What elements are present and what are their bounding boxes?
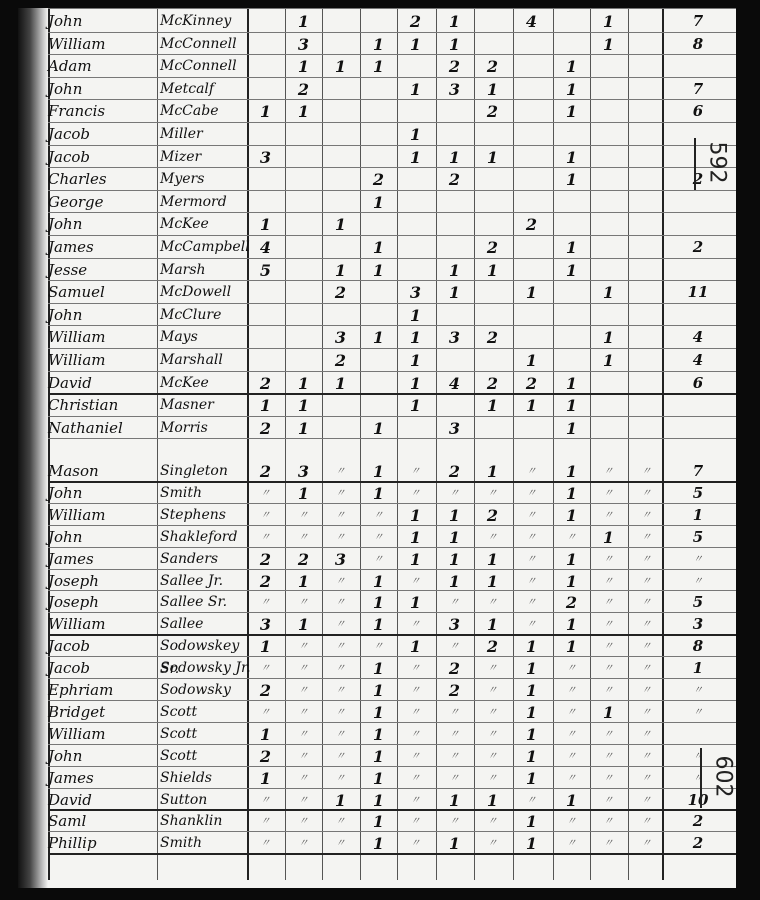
tally-cell: 1 [513, 745, 550, 768]
tally-cell: 〃 [553, 810, 590, 833]
tally-cell: 3 [322, 548, 359, 571]
tally-cell: 1 [553, 146, 590, 169]
tally-cell: 1 [590, 33, 627, 56]
tally-cell: 〃 [474, 679, 511, 702]
census-row: NathanielMorris21131 [18, 417, 736, 440]
tally-cell [397, 236, 434, 259]
page-stamp-bottom-box [700, 748, 702, 808]
surname: Sanders [160, 548, 252, 571]
surname: Scott [160, 701, 252, 724]
tally-cell: 2 [285, 548, 322, 571]
tally-cell: 1 [360, 679, 397, 702]
tally-cell [247, 168, 284, 191]
total-cell: 6 [662, 100, 734, 123]
tally-cell: 1 [436, 281, 473, 304]
tally-cell [247, 191, 284, 214]
surname: Metcalf [160, 78, 252, 101]
tally-cell: 3 [285, 460, 322, 483]
tally-cell: 〃 [322, 482, 359, 505]
surname: Myers [160, 168, 252, 191]
page-stamp-top-box [694, 138, 696, 190]
tally-cell: 1 [247, 394, 284, 417]
census-row: JohnScott2〃〃1〃〃〃1〃〃〃〃 [18, 745, 736, 768]
given-name: Christian [48, 394, 158, 417]
tally-cell [247, 304, 284, 327]
total-cell [662, 213, 734, 236]
tally-cell: 〃 [285, 810, 322, 833]
tally-cell: 1 [436, 504, 473, 527]
tally-cell: 1 [436, 10, 473, 33]
census-sheet: JohnMcKinney121417WilliamMcConnell311118… [18, 8, 736, 888]
tally-cell [590, 213, 627, 236]
tally-cell: 3 [436, 326, 473, 349]
tally-cell: 1 [474, 613, 511, 636]
total-cell: 4 [662, 349, 734, 372]
tally-cell: 〃 [322, 701, 359, 724]
tally-cell: 〃 [285, 657, 322, 680]
total-cell: 〃 [662, 570, 734, 593]
tally-cell: 1 [397, 526, 434, 549]
census-row: WilliamStephens〃〃〃〃112〃1〃〃1 [18, 504, 736, 527]
tally-cell [590, 236, 627, 259]
tally-cell [247, 326, 284, 349]
tally-cell: 1 [397, 304, 434, 327]
tally-cell: 〃 [285, 789, 322, 812]
tally-cell [397, 191, 434, 214]
tally-cell [285, 191, 322, 214]
given-name: Francis [48, 100, 158, 123]
census-row: JosephSallee Jr.21〃1〃11〃1〃〃〃 [18, 570, 736, 593]
tally-cell: 2 [474, 236, 511, 259]
tally-cell: 1 [436, 570, 473, 593]
given-name: Jacob [48, 146, 158, 169]
tally-cell: 1 [513, 635, 550, 658]
tally-cell: 〃 [590, 504, 627, 527]
tally-cell: 3 [436, 417, 473, 440]
total-cell: 8 [662, 635, 734, 658]
total-cell: 5 [662, 482, 734, 505]
tally-cell: 〃 [397, 810, 434, 833]
tally-cell: 1 [247, 635, 284, 658]
tally-cell [590, 123, 627, 146]
tally-cell: 1 [553, 504, 590, 527]
tally-cell: 〃 [436, 723, 473, 746]
total-cell: 4 [662, 326, 734, 349]
tally-cell: 〃 [322, 767, 359, 790]
tally-cell [513, 304, 550, 327]
tally-cell: 〃 [590, 832, 627, 855]
surname: Mizer [160, 146, 252, 169]
tally-cell [285, 213, 322, 236]
tally-cell: 〃 [474, 723, 511, 746]
tally-cell [436, 213, 473, 236]
tally-cell: 1 [397, 372, 434, 395]
given-name: John [48, 78, 158, 101]
tally-cell: 〃 [397, 832, 434, 855]
tally-cell: 2 [285, 78, 322, 101]
tally-cell [553, 304, 590, 327]
tally-cell: 1 [553, 460, 590, 483]
tally-cell: 〃 [474, 526, 511, 549]
tally-cell: 1 [474, 789, 511, 812]
census-row: SamuelMcDowell2311111 [18, 281, 736, 304]
tally-cell: 2 [360, 168, 397, 191]
tally-cell: 〃 [553, 832, 590, 855]
tally-cell: 〃 [436, 591, 473, 614]
tally-cell: 1 [513, 679, 550, 702]
tally-cell: 〃 [628, 504, 665, 527]
total-cell: 8 [662, 33, 734, 56]
tally-cell [360, 10, 397, 33]
surname: Marsh [160, 259, 252, 282]
tally-cell [397, 417, 434, 440]
census-row: WilliamMarshall21114 [18, 349, 736, 372]
total-cell [662, 723, 734, 746]
surname: McCampbell [160, 236, 252, 259]
tally-cell: 〃 [322, 570, 359, 593]
census-row: DavidMcKee211142216 [18, 372, 736, 395]
tally-cell [322, 146, 359, 169]
tally-cell [436, 394, 473, 417]
given-name: Phillip [48, 832, 158, 855]
tally-cell [590, 394, 627, 417]
tally-cell: 〃 [628, 657, 665, 680]
tally-cell: 3 [436, 613, 473, 636]
census-row: JohnSmith〃1〃1〃〃〃〃1〃〃5 [18, 482, 736, 505]
given-name: John [48, 10, 158, 33]
tally-cell [628, 326, 665, 349]
tally-cell: 1 [474, 548, 511, 571]
tally-cell [322, 191, 359, 214]
tally-cell: 1 [397, 504, 434, 527]
tally-cell [322, 394, 359, 417]
census-row: JamesSanders223〃111〃1〃〃〃 [18, 548, 736, 571]
tally-cell: 2 [436, 657, 473, 680]
given-name: John [48, 213, 158, 236]
tally-cell: 2 [397, 10, 434, 33]
census-row: JohnMcKinney121417 [18, 10, 736, 33]
tally-cell: 〃 [285, 723, 322, 746]
given-name: Charles [48, 168, 158, 191]
tally-cell: 〃 [474, 745, 511, 768]
tally-cell: 1 [553, 55, 590, 78]
tally-cell [360, 100, 397, 123]
tally-cell: 〃 [397, 482, 434, 505]
tally-cell: 〃 [285, 832, 322, 855]
tally-cell: 〃 [436, 482, 473, 505]
tally-cell [590, 168, 627, 191]
surname: Sodowsky Jr. [160, 657, 252, 680]
tally-cell: 2 [474, 326, 511, 349]
total-cell [662, 394, 734, 417]
tally-cell [397, 259, 434, 282]
tally-cell: 1 [360, 591, 397, 614]
tally-cell: 1 [590, 526, 627, 549]
census-row: GeorgeMermord1 [18, 191, 736, 214]
tally-cell: 1 [360, 259, 397, 282]
given-name: Adam [48, 55, 158, 78]
tally-cell: 1 [474, 394, 511, 417]
surname: McConnell [160, 33, 252, 56]
tally-cell: 〃 [553, 657, 590, 680]
surname: Sallee Sr. [160, 591, 252, 614]
tally-cell: 1 [360, 570, 397, 593]
tally-cell: 〃 [397, 745, 434, 768]
tally-cell [436, 236, 473, 259]
total-cell [662, 55, 734, 78]
page-stamp-bottom: 602 [711, 756, 736, 798]
tally-cell [360, 146, 397, 169]
tally-cell [628, 168, 665, 191]
tally-cell: 1 [397, 146, 434, 169]
tally-cell: 〃 [628, 789, 665, 812]
surname: McConnell [160, 55, 252, 78]
surname: McKinney [160, 10, 252, 33]
tally-cell: 1 [513, 832, 550, 855]
tally-cell: 〃 [436, 635, 473, 658]
tally-cell [247, 78, 284, 101]
tally-cell: 1 [285, 372, 322, 395]
tally-cell: 1 [322, 372, 359, 395]
tally-cell: 1 [360, 701, 397, 724]
tally-cell: 1 [360, 832, 397, 855]
census-row: WilliamScott1〃〃1〃〃〃1〃〃〃 [18, 723, 736, 746]
tally-cell: 3 [247, 613, 284, 636]
tally-cell: 1 [474, 570, 511, 593]
total-cell: 7 [662, 10, 734, 33]
total-cell [662, 304, 734, 327]
tally-cell: 〃 [474, 591, 511, 614]
tally-cell: 〃 [285, 745, 322, 768]
given-name: John [48, 526, 158, 549]
tally-cell: 〃 [247, 504, 284, 527]
census-row: JacobSodowskey Sr.1〃〃〃1〃211〃〃8 [18, 635, 736, 658]
tally-cell: 1 [553, 482, 590, 505]
tally-cell: 〃 [474, 657, 511, 680]
tally-cell [322, 168, 359, 191]
tally-cell [628, 100, 665, 123]
tally-cell: 1 [285, 482, 322, 505]
tally-cell: 〃 [513, 789, 550, 812]
tally-cell [628, 281, 665, 304]
tally-cell: 〃 [322, 591, 359, 614]
tally-cell: 〃 [628, 723, 665, 746]
tally-cell [322, 33, 359, 56]
tally-cell: 1 [322, 259, 359, 282]
tally-cell: 1 [397, 123, 434, 146]
tally-cell: 〃 [285, 701, 322, 724]
tally-cell: 〃 [474, 767, 511, 790]
tally-cell: 1 [397, 635, 434, 658]
tally-cell: 2 [436, 168, 473, 191]
census-row: BridgetScott〃〃〃1〃〃〃1〃1〃〃 [18, 701, 736, 724]
tally-cell: 1 [553, 548, 590, 571]
tally-cell: 〃 [360, 548, 397, 571]
given-name: Bridget [48, 701, 158, 724]
tally-cell [360, 304, 397, 327]
total-cell: 5 [662, 526, 734, 549]
tally-cell [285, 349, 322, 372]
tally-cell: 〃 [474, 701, 511, 724]
tally-cell [628, 78, 665, 101]
tally-cell: 1 [360, 723, 397, 746]
tally-cell: 〃 [247, 789, 284, 812]
tally-cell: 〃 [360, 504, 397, 527]
tally-cell: 〃 [397, 723, 434, 746]
tally-cell: 1 [474, 259, 511, 282]
total-cell: 2 [662, 810, 734, 833]
tally-cell: 1 [474, 460, 511, 483]
tally-cell: 2 [513, 213, 550, 236]
tally-cell: 1 [360, 191, 397, 214]
given-name: David [48, 789, 158, 812]
census-row: JosephSallee Sr.〃〃〃11〃〃〃2〃〃5 [18, 591, 736, 614]
surname: Shanklin [160, 810, 252, 833]
tally-cell: 〃 [513, 526, 550, 549]
tally-cell: 1 [553, 789, 590, 812]
given-name: William [48, 723, 158, 746]
surname: McKee [160, 372, 252, 395]
tally-cell [322, 78, 359, 101]
tally-cell [247, 33, 284, 56]
tally-cell: 1 [247, 100, 284, 123]
tally-cell: 1 [397, 591, 434, 614]
tally-cell: 2 [247, 570, 284, 593]
census-row: JamesMcCampbell41212 [18, 236, 736, 259]
tally-cell [553, 33, 590, 56]
surname: Scott [160, 723, 252, 746]
surname: Masner [160, 394, 252, 417]
tally-cell: 〃 [590, 723, 627, 746]
tally-cell: 〃 [322, 679, 359, 702]
given-name: Nathaniel [48, 417, 158, 440]
total-cell [662, 259, 734, 282]
tally-cell [247, 349, 284, 372]
tally-cell [397, 168, 434, 191]
tally-cell: 〃 [474, 810, 511, 833]
tally-cell: 1 [474, 146, 511, 169]
tally-cell: 〃 [474, 482, 511, 505]
total-cell: 2 [662, 832, 734, 855]
tally-cell [628, 10, 665, 33]
given-name: William [48, 349, 158, 372]
tally-cell [285, 123, 322, 146]
tally-cell: 2 [322, 349, 359, 372]
surname: Smith [160, 482, 252, 505]
tally-cell: 〃 [322, 745, 359, 768]
tally-cell: 〃 [513, 591, 550, 614]
tally-cell: 〃 [285, 504, 322, 527]
tally-cell: 1 [360, 417, 397, 440]
tally-cell: 〃 [397, 613, 434, 636]
tally-cell: 1 [513, 701, 550, 724]
given-name: David [48, 372, 158, 395]
tally-cell: 〃 [628, 767, 665, 790]
tally-cell: 1 [397, 33, 434, 56]
tally-cell: 〃 [628, 526, 665, 549]
census-row: WilliamMays3113214 [18, 326, 736, 349]
tally-cell: 1 [513, 723, 550, 746]
total-cell: 6 [662, 372, 734, 395]
tally-cell: 〃 [590, 591, 627, 614]
tally-cell: 2 [553, 591, 590, 614]
tally-cell: 〃 [590, 460, 627, 483]
tally-cell [247, 123, 284, 146]
tally-cell [322, 100, 359, 123]
given-name: James [48, 548, 158, 571]
tally-cell: 1 [590, 349, 627, 372]
tally-cell: 3 [285, 33, 322, 56]
tally-cell: 〃 [590, 548, 627, 571]
surname: Sallee Jr. [160, 570, 252, 593]
tally-cell: 1 [553, 168, 590, 191]
tally-cell: 〃 [247, 591, 284, 614]
tally-cell: 〃 [247, 526, 284, 549]
census-row: JamesShields1〃〃1〃〃〃1〃〃〃〃 [18, 767, 736, 790]
tally-cell: 1 [360, 767, 397, 790]
tally-cell [513, 78, 550, 101]
tally-cell: 〃 [628, 745, 665, 768]
tally-cell: 〃 [553, 701, 590, 724]
surname: Sallee [160, 613, 252, 636]
tally-cell [436, 100, 473, 123]
tally-cell: 5 [247, 259, 284, 282]
row-rule [48, 8, 736, 9]
tally-cell: 〃 [628, 832, 665, 855]
surname: Sodowskey Sr. [160, 635, 252, 658]
tally-cell: 1 [360, 55, 397, 78]
total-cell [662, 191, 734, 214]
tally-cell [628, 259, 665, 282]
tally-cell: 〃 [628, 482, 665, 505]
census-row: PhillipSmith〃〃〃1〃1〃1〃〃〃2 [18, 832, 736, 855]
tally-cell: 1 [436, 259, 473, 282]
tally-cell: 1 [513, 394, 550, 417]
surname: Morris [160, 417, 252, 440]
tally-cell: 〃 [322, 832, 359, 855]
tally-cell [513, 123, 550, 146]
tally-cell: 1 [397, 548, 434, 571]
tally-cell: 〃 [360, 635, 397, 658]
census-row: JohnMetcalf213117 [18, 78, 736, 101]
tally-cell: 1 [285, 570, 322, 593]
surname: McClure [160, 304, 252, 327]
tally-cell [628, 123, 665, 146]
tally-cell: 1 [360, 482, 397, 505]
total-cell: 11 [662, 281, 734, 304]
tally-cell [436, 191, 473, 214]
tally-cell: 2 [474, 635, 511, 658]
surname: Stephens [160, 504, 252, 527]
tally-cell: 〃 [247, 810, 284, 833]
tally-cell: 〃 [628, 679, 665, 702]
tally-cell [628, 213, 665, 236]
tally-cell [474, 33, 511, 56]
tally-cell [360, 78, 397, 101]
tally-cell [360, 349, 397, 372]
tally-cell: 〃 [322, 723, 359, 746]
tally-cell [590, 372, 627, 395]
tally-cell: 1 [397, 394, 434, 417]
tally-cell [513, 236, 550, 259]
tally-cell: 1 [436, 526, 473, 549]
census-row: JacobSodowsky Jr.〃〃〃1〃2〃1〃〃〃1 [18, 657, 736, 680]
surname: McKee [160, 213, 252, 236]
tally-cell: 1 [436, 789, 473, 812]
tally-cell: 〃 [247, 482, 284, 505]
tally-cell [628, 349, 665, 372]
tally-cell: 〃 [285, 526, 322, 549]
